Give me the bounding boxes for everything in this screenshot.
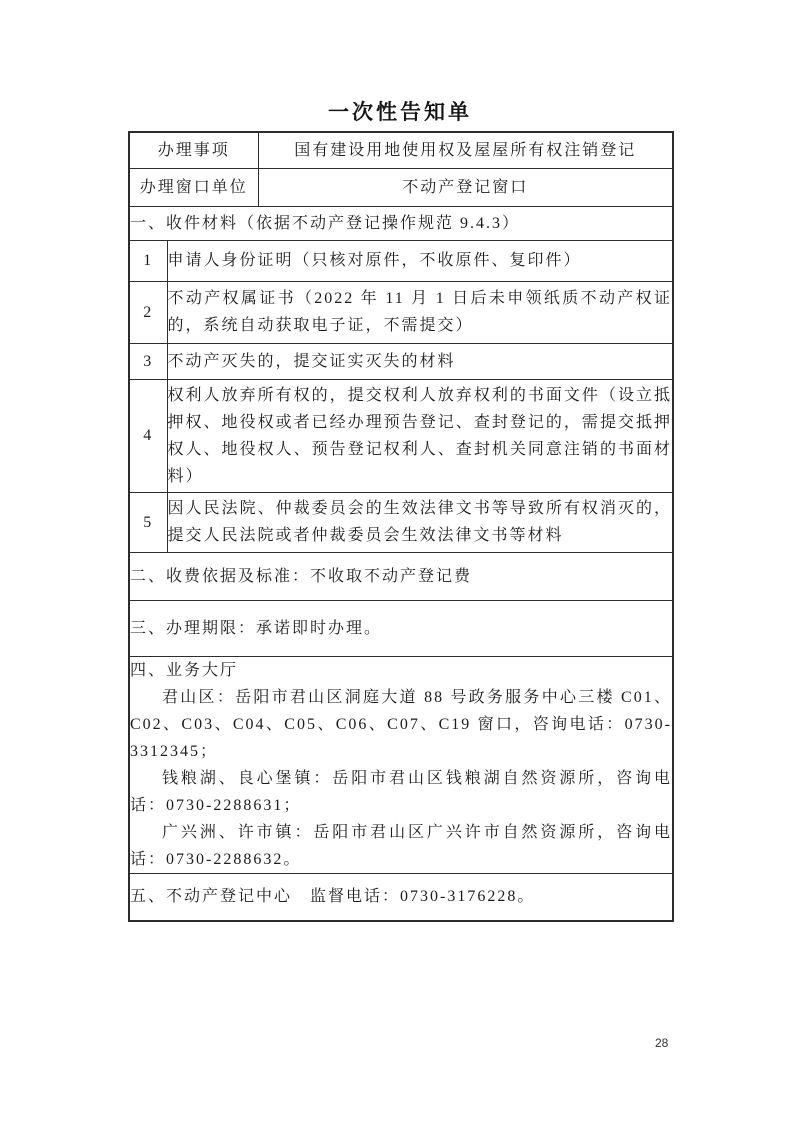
table-row-section3: 三、办理期限：承诺即时办理。 (129, 600, 673, 656)
table-row-section1: 一、收件材料（依据不动产登记操作规范 9.4.3） (129, 206, 673, 240)
table-row-material-3: 3 不动产灭失的，提交证实灭失的材料 (129, 343, 673, 379)
material-3-text: 不动产灭失的，提交证实灭失的材料 (167, 343, 673, 379)
table-row-item: 办理事项 国有建设用地使用权及屋屋所有权注销登记 (129, 132, 673, 168)
section4-paragraph-qianlianghu: 钱粮湖、良心堡镇：岳阳市君山区钱粮湖自然资源所，咨询电话：0730-228863… (130, 765, 672, 819)
material-4-number: 4 (129, 379, 167, 492)
material-2-text: 不动产权属证书（2022 年 11 月 1 日后未申领纸质不动产权证的，系统自动… (167, 281, 673, 343)
table-row-section2: 二、收费依据及标准：不收取不动产登记费 (129, 552, 673, 600)
material-1-text: 申请人身份证明（只核对原件，不收原件、复印件） (167, 240, 673, 281)
material-4-text: 权利人放弃所有权的，提交权利人放弃权利的书面文件（设立抵押权、地役权或者已经办理… (167, 379, 673, 492)
item-label: 办理事项 (129, 132, 258, 168)
table-row-material-2: 2 不动产权属证书（2022 年 11 月 1 日后未申领纸质不动产权证的，系统… (129, 281, 673, 343)
section1-title: 一、收件材料（依据不动产登记操作规范 9.4.3） (129, 206, 673, 240)
table-row-section5: 五、不动产登记中心 监督电话：0730-3176228。 (129, 873, 673, 921)
section5-text: 五、不动产登记中心 监督电话：0730-3176228。 (129, 873, 673, 921)
material-1-number: 1 (129, 240, 167, 281)
material-2-number: 2 (129, 281, 167, 343)
notice-table: 办理事项 国有建设用地使用权及屋屋所有权注销登记 办理窗口单位 不动产登记窗口 … (128, 131, 674, 922)
section4-title: 四、业务大厅 (130, 657, 672, 684)
section4-paragraph-junshan: 君山区：岳阳市君山区洞庭大道 88 号政务服务中心三楼 C01、C02、C03、… (130, 684, 672, 765)
document-page: 一次性告知单 办理事项 国有建设用地使用权及屋屋所有权注销登记 办理窗口单位 不… (0, 0, 793, 1122)
section2-text: 二、收费依据及标准：不收取不动产登记费 (129, 552, 673, 600)
table-row-material-1: 1 申请人身份证明（只核对原件，不收原件、复印件） (129, 240, 673, 281)
page-title: 一次性告知单 (128, 100, 672, 126)
window-unit-label: 办理窗口单位 (129, 168, 258, 206)
window-unit-value: 不动产登记窗口 (258, 168, 673, 206)
section4-cell: 四、业务大厅 君山区：岳阳市君山区洞庭大道 88 号政务服务中心三楼 C01、C… (129, 656, 673, 873)
page-number: 28 (655, 1036, 668, 1050)
table-row-material-5: 5 因人民法院、仲裁委员会的生效法律文书等导致所有权消灭的，提交人民法院或者仲裁… (129, 492, 673, 552)
material-5-number: 5 (129, 492, 167, 552)
table-row-section4: 四、业务大厅 君山区：岳阳市君山区洞庭大道 88 号政务服务中心三楼 C01、C… (129, 656, 673, 873)
material-5-text: 因人民法院、仲裁委员会的生效法律文书等导致所有权消灭的，提交人民法院或者仲裁委员… (167, 492, 673, 552)
section3-text: 三、办理期限：承诺即时办理。 (129, 600, 673, 656)
item-value: 国有建设用地使用权及屋屋所有权注销登记 (258, 132, 673, 168)
material-3-number: 3 (129, 343, 167, 379)
table-row-material-4: 4 权利人放弃所有权的，提交权利人放弃权利的书面文件（设立抵押权、地役权或者已经… (129, 379, 673, 492)
table-row-window-unit: 办理窗口单位 不动产登记窗口 (129, 168, 673, 206)
section4-paragraph-guangxingzhou: 广兴洲、许市镇：岳阳市君山区广兴许市自然资源所，咨询电话：0730-228863… (130, 819, 672, 873)
